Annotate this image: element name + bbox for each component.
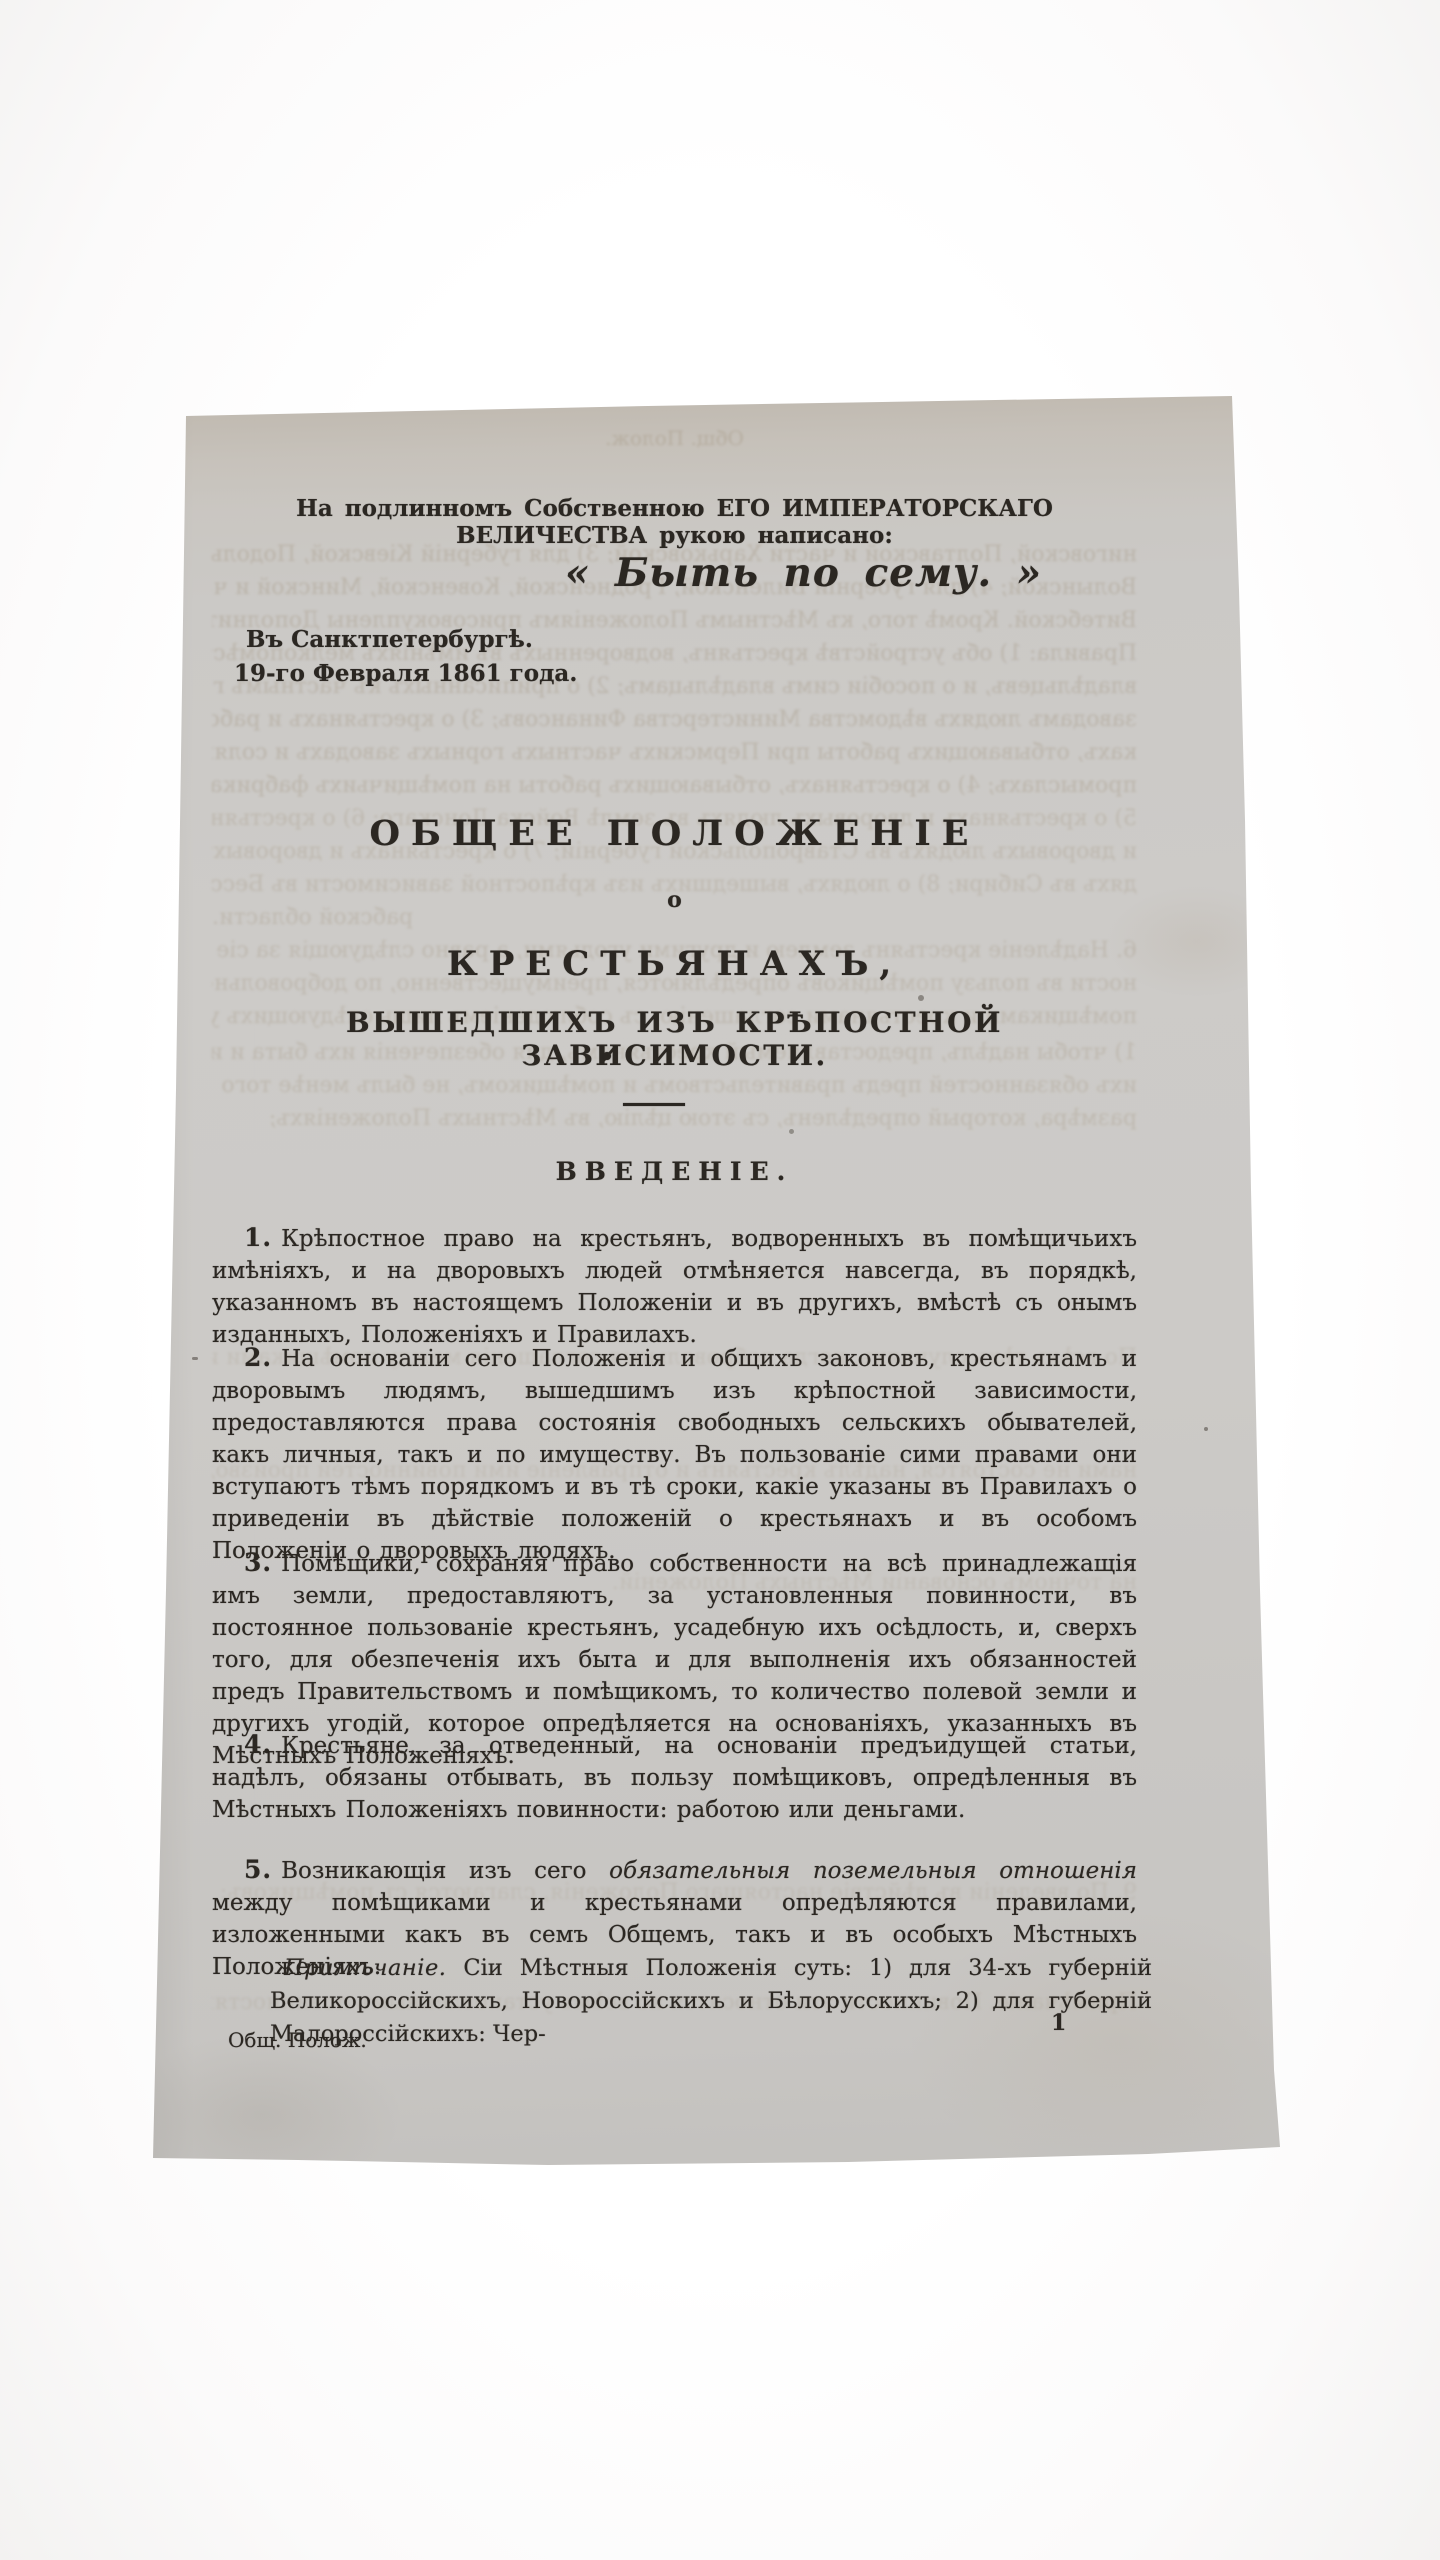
article-5-number: 5. [244,1855,272,1884]
article-5-italic: обязательныя поземельныя отношенія [609,1858,1137,1884]
document-page: Общ. Полож. ниговской, Полтавской и част… [148,390,1288,2168]
date-line: 19-го Февраля 1861 года. [234,660,577,687]
place-line: Въ Санктпетербургѣ. [246,626,533,653]
article-5-text-pre: Возникающія изъ сего [281,1858,609,1884]
ink-speck [192,1357,198,1360]
title-subject-line2: ВЫШЕДШИХЪ ИЗЪ КРѢПОСТНОЙ ЗАВИСИМОСТИ. [212,1006,1137,1072]
divider-rule [623,1103,685,1106]
article-1-text: Крѣпостное право на крестьянъ, водворенн… [212,1226,1137,1348]
ink-speck [918,995,924,1001]
article-4: 4.Крестьяне, за отведенный, на основаніи… [212,1729,1137,1826]
article-1-number: 1. [244,1223,272,1252]
bleedthrough-line: ихъ обязанностей предъ правительствомъ и… [212,1073,1137,1098]
bleedthrough-line: кахъ, отбывающихъ работы при Пермскихъ ч… [212,740,1137,765]
header-inscription: На подлинномъ Собственною ЕГО ИМПЕРАТОРС… [212,495,1137,549]
page-content: Общ. Полож. ниговской, Полтавской и част… [148,390,1288,2168]
bleedthrough-line: размѣра, который опредѣленъ, съ этою цѣл… [212,1106,1137,1131]
section-heading: ВВЕДЕНІЕ. [212,1157,1137,1186]
article-4-number: 4. [244,1730,272,1759]
bleedthrough-line: заводамъ людяхъ вѣдомства Министерства Ф… [212,707,1137,732]
ornament-dot [603,1052,611,1060]
ink-speck [789,1129,794,1134]
bleedthrough-line: промыслахъ; 4) о крестьянахъ, отбывающих… [212,773,1137,798]
photograph-background: Общ. Полож. ниговской, Полтавской и част… [0,0,1440,2560]
article-2-text: На основаніи сего Положенія и общихъ зак… [212,1346,1137,1564]
title-subject: КРЕСТЬЯНАХЪ, [212,944,1137,984]
article-3-number: 3. [244,1548,272,1577]
article-2-number: 2. [244,1343,272,1372]
bleedthrough-line: Общ. Полож. [212,426,1137,450]
article-1: 1.Крѣпостное право на крестьянъ, водворе… [212,1222,1137,1351]
footer-signature: Общ. Полож. [228,2028,367,2052]
main-title: ОБЩЕЕ ПОЛОЖЕНІЕ [212,813,1137,854]
note-lead: Примѣчаніе. [284,1955,446,1981]
title-connector: о [212,887,1137,913]
ink-speck [1204,1427,1208,1431]
article-4-text: Крестьяне, за отведенный, на основаніи п… [212,1733,1137,1823]
page-number: 1 [1051,2010,1066,2036]
note-paragraph: Примѣчаніе. Сіи Мѣстныя Положенія суть: … [270,1952,1152,2051]
imperial-resolution: « Быть по сему. » [212,550,1137,596]
article-2: 2.На основаніи сего Положенія и общихъ з… [212,1342,1137,1567]
